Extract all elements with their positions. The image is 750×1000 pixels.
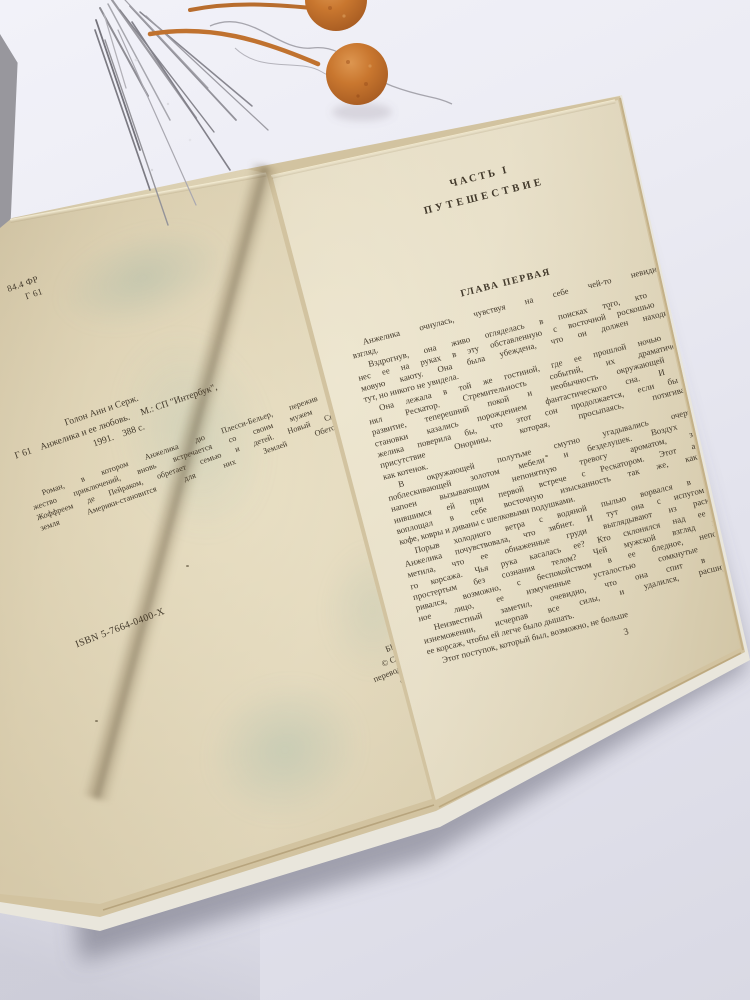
paper-speck: [186, 565, 189, 567]
ball-shadow: [332, 103, 392, 121]
paper-speck: [95, 720, 98, 722]
part-title: ПУТЕШЕСТВИЕ: [322, 151, 647, 242]
book-photo-scene: 84.4 ФРГ 61 Голон Анн и Серж. Г 61 Анжел…: [0, 0, 750, 1000]
show-through-ghost: [185, 655, 386, 845]
bbk-corner-marks: 84.4 ФРГ 61: [0, 273, 44, 322]
